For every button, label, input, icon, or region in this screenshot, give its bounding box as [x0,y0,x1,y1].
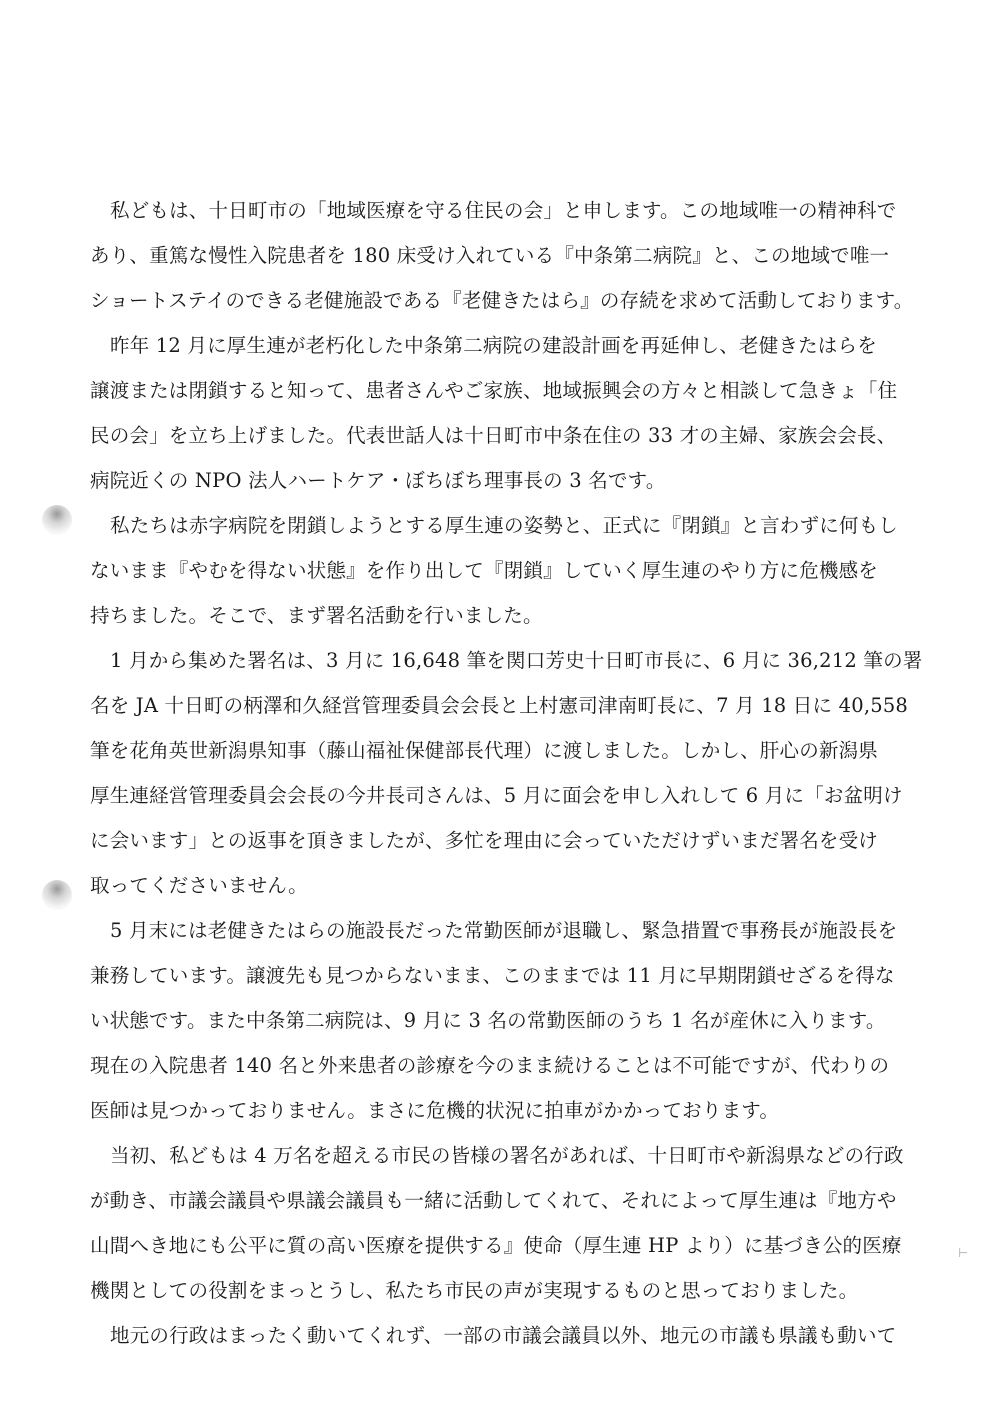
text-line: 医師は見つかっておりません。まさに危機的状況に拍車がかかっております。 [90,1088,920,1133]
punch-hole-mark-bottom [42,880,72,910]
text-line: が動き、市議会議員や県議会議員も一緒に活動してくれて、それによって厚生連は『地方… [90,1178,920,1223]
text-line: に会います」との返事を頂きましたが、多忙を理由に会っていただけずいまだ署名を受け [90,818,920,863]
text-line: 私どもは、十日町市の「地域医療を守る住民の会」と申します。この地域唯一の精神科で [90,188,920,233]
text-line: 現在の入院患者 140 名と外来患者の診療を今のまま続けることは不可能ですが、代… [90,1043,920,1088]
text-line: 病院近くの NPO 法人ハートケア・ぼちぼち理事長の 3 名です。 [90,458,920,503]
punch-hole-mark-top [42,505,72,535]
scanned-page: ⊢ 私どもは、十日町市の「地域医療を守る住民の会」と申します。この地域唯一の精神… [0,0,1000,1418]
text-line: 地元の行政はまったく動いてくれず、一部の市議会議員以外、地元の市議も県議も動いて [90,1313,920,1358]
text-line: い状態です。また中条第二病院は、9 月に 3 名の常勤医師のうち 1 名が産休に… [90,998,920,1043]
text-line: ショートステイのできる老健施設である『老健きたはら』の存続を求めて活動しておりま… [90,278,920,323]
text-line: あり、重篤な慢性入院患者を 180 床受け入れている『中条第二病院』と、この地域… [90,233,920,278]
text-line: 当初、私どもは 4 万名を超える市民の皆様の署名があれば、十日町市や新潟県などの… [90,1133,920,1178]
text-line: 民の会」を立ち上げました。代表世話人は十日町市中条在住の 33 才の主婦、家族会… [90,413,920,458]
text-line: ないまま『やむを得ない状態』を作り出して『閉鎖』していく厚生連のやり方に危機感を [90,548,920,593]
text-line: 1 月から集めた署名は、3 月に 16,648 筆を関口芳史十日町市長に、6 月… [90,638,920,683]
text-line: 名を JA 十日町の柄澤和久経営管理委員会会長と上村憲司津南町長に、7 月 18… [90,683,920,728]
text-line: 私たちは赤字病院を閉鎖しようとする厚生連の姿勢と、正式に『閉鎖』と言わずに何もし [90,503,920,548]
text-line: 機関としての役割をまっとうし、私たち市民の声が実現するものと思っておりました。 [90,1268,920,1313]
text-line: 山間へき地にも公平に質の高い医療を提供する』使命（厚生連 HP より）に基づき公… [90,1223,920,1268]
document-body: 私どもは、十日町市の「地域医療を守る住民の会」と申します。この地域唯一の精神科で… [90,188,920,1358]
text-line: 兼務しています。譲渡先も見つからないまま、このままでは 11 月に早期閉鎖せざる… [90,953,920,998]
text-line: 厚生連経営管理委員会会長の今井長司さんは、5 月に面会を申し入れして 6 月に「… [90,773,920,818]
text-line: 昨年 12 月に厚生連が老朽化した中条第二病院の建設計画を再延伸し、老健きたはら… [90,323,920,368]
text-line: 取ってくださいません。 [90,863,920,908]
text-line: 持ちました。そこで、まず署名活動を行いました。 [90,593,920,638]
text-line: 5 月末には老健きたはらの施設長だった常勤医師が退職し、緊急措置で事務長が施設長… [90,908,920,953]
scan-speck-mark: ⊢ [958,1246,968,1260]
text-line: 筆を花角英世新潟県知事（藤山福祉保健部長代理）に渡しました。しかし、肝心の新潟県 [90,728,920,773]
text-line: 譲渡または閉鎖すると知って、患者さんやご家族、地域振興会の方々と相談して急きょ「… [90,368,920,413]
